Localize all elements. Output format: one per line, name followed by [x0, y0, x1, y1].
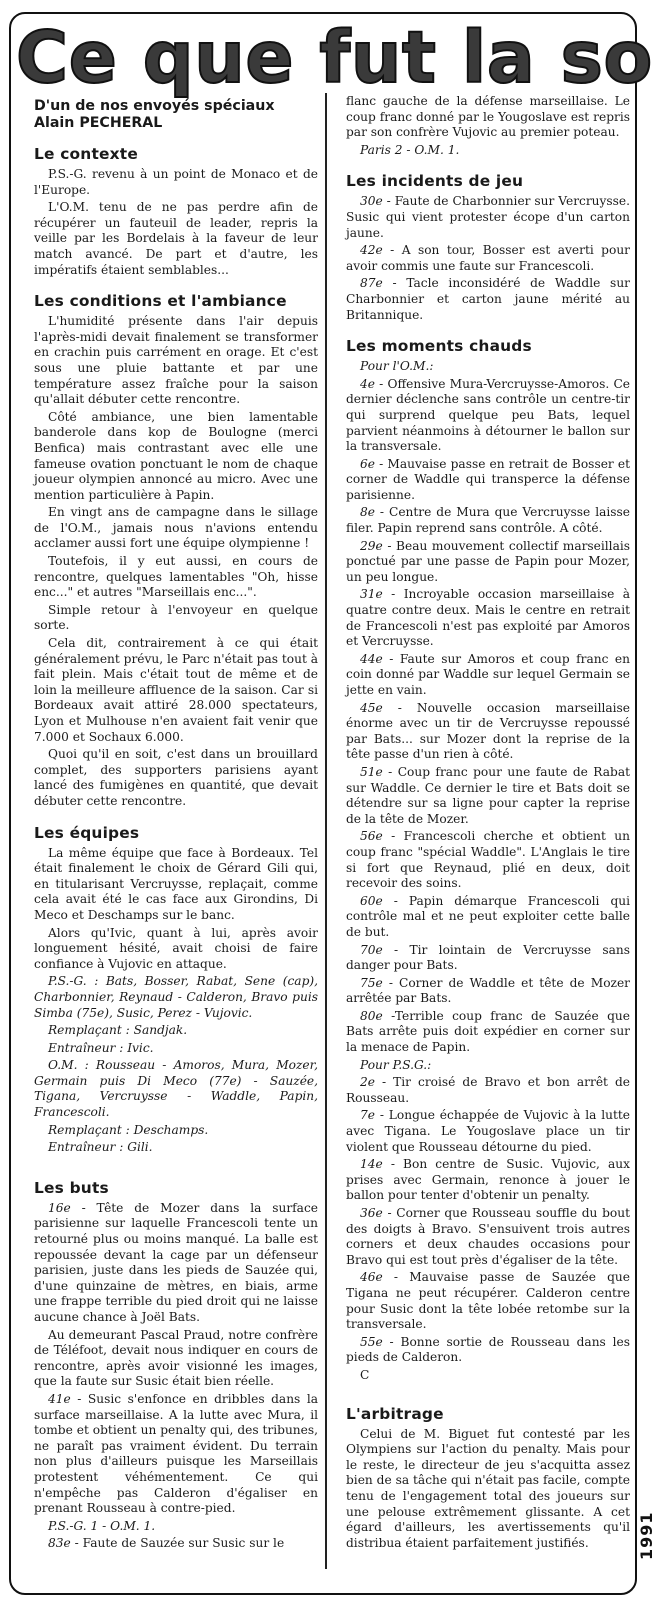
moment-item: 4e - Offensive Mura-Vercruysse-Amoros. C… — [346, 377, 630, 455]
section-heading: Les incidents de jeu — [346, 171, 630, 191]
section-conditions: Les conditions et l'ambiance L'humidité … — [34, 291, 318, 809]
paragraph: Au demeurant Pascal Praud, notre confrèr… — [34, 1328, 318, 1390]
paragraph: Celui de M. Biguet fut contesté par les … — [346, 1427, 630, 1552]
minute-label: 51e — [360, 765, 383, 779]
minute-label: 8e — [360, 505, 375, 519]
minute-label: 60e — [360, 894, 383, 908]
section-heading: Les conditions et l'ambiance — [34, 291, 318, 311]
paragraph: Côté ambiance, une bien lamentable bande… — [34, 410, 318, 504]
score-line: P.S.-G. 1 - O.M. 1. — [34, 1519, 318, 1535]
left-column: D'un de nos envoyés spéciaux Alain PECHE… — [34, 96, 318, 1554]
section-incidents: Les incidents de jeu 30e - Faute de Char… — [346, 171, 630, 323]
incident-text: - Tacle inconsidéré de Waddle sur Charbo… — [346, 276, 630, 321]
moment-text: - Corner que Rousseau souffle du bout de… — [346, 1206, 630, 1267]
moment-text: - Incroyable occasion marseillaise à qua… — [346, 587, 630, 648]
score-line: Paris 2 - O.M. 1. — [346, 143, 630, 159]
byline-author: Alain PECHERAL — [34, 115, 318, 132]
goal-text: - Tête de Mozer dans la surface parisien… — [34, 1201, 318, 1324]
incident-item: 87e - Tacle inconsidéré de Waddle sur Ch… — [346, 276, 630, 323]
byline-role: D'un de nos envoyés spéciaux — [34, 98, 318, 115]
lineup-psg-coach: Entraîneur : Ivic. — [34, 1041, 318, 1057]
minute-label: 2e — [360, 1075, 375, 1089]
minute-label: 31e — [360, 587, 383, 601]
goal-text: - Faute de Sauzée sur Susic sur le — [71, 1536, 284, 1550]
minute-label: 45e — [360, 701, 383, 715]
section-arbitrage: L'arbitrage Celui de M. Biguet fut conte… — [346, 1404, 630, 1552]
goal-item: 16e - Tête de Mozer dans la surface pari… — [34, 1201, 318, 1326]
minute-label: 55e — [360, 1335, 383, 1349]
moment-text: - Papin démarque Francescoli qui contrôl… — [346, 894, 630, 939]
moment-item: 60e - Papin démarque Francescoli qui con… — [346, 894, 630, 941]
paragraph: Toutefois, il y eut aussi, en cours de r… — [34, 554, 318, 601]
section-heading: Le contexte — [34, 144, 318, 164]
minute-label: 14e — [360, 1157, 383, 1171]
lineup-om-coach: Entraîneur : Gili. — [34, 1140, 318, 1156]
minute-label: 70e — [360, 943, 383, 957]
section-equipes: Les équipes La même équipe que face à Bo… — [34, 823, 318, 1156]
section-contexte: Le contexte P.S.-G. revenu à un point de… — [34, 144, 318, 278]
moment-item: 75e - Corner de Waddle et tête de Mozer … — [346, 976, 630, 1007]
minute-label: 29e — [360, 539, 383, 553]
team-label-om: Pour l'O.M.: — [346, 359, 630, 375]
moment-item: 2e - Tir croisé de Bravo et bon arrêt de… — [346, 1075, 630, 1106]
moment-text: - Tir croisé de Bravo et bon arrêt de Ro… — [346, 1075, 630, 1105]
page-edge-year-mark: 1991 — [637, 1511, 656, 1560]
minute-label: 75e — [360, 976, 383, 990]
moment-item: 70e - Tir lointain de Vercruysse sans da… — [346, 943, 630, 974]
psg-moments-list: 2e - Tir croisé de Bravo et bon arrêt de… — [346, 1075, 630, 1366]
incident-text: - A son tour, Bosser est averti pour avo… — [346, 243, 630, 273]
minute-label: 56e — [360, 829, 383, 843]
moment-text: - Offensive Mura-Vercruysse-Amoros. Ce d… — [346, 377, 630, 453]
goal-continuation: flanc gauche de la défense marseillaise.… — [346, 94, 630, 141]
moment-item: 6e - Mauvaise passe en retrait de Bosser… — [346, 457, 630, 504]
moment-item: 80e -Terrible coup franc de Sauzée que B… — [346, 1009, 630, 1056]
moment-text: - Nouvelle occasion marseillaise énorme … — [346, 701, 630, 762]
minute-label: 80e — [360, 1009, 383, 1023]
section-heading: Les équipes — [34, 823, 318, 843]
team-label-psg: Pour P.S.G.: — [346, 1058, 630, 1074]
moment-item: 56e - Francescoli cherche et obtient un … — [346, 829, 630, 891]
moment-item: 44e - Faute sur Amoros et coup franc en … — [346, 652, 630, 699]
incident-item: 42e - A son tour, Bosser est averti pour… — [346, 243, 630, 274]
moment-item: 31e - Incroyable occasion marseillaise à… — [346, 587, 630, 649]
minute-label: 46e — [360, 1270, 383, 1284]
minute-label: 44e — [360, 652, 383, 666]
paragraph: Simple retour à l'envoyeur en quelque so… — [34, 603, 318, 634]
paragraph: L'humidité présente dans l'air depuis l'… — [34, 314, 318, 408]
goal-text: - Susic s'enfonce en dribbles dans la su… — [34, 1392, 318, 1515]
section-heading: L'arbitrage — [346, 1404, 630, 1424]
paragraph: La même équipe que face à Bordeaux. Tel … — [34, 846, 318, 924]
lineup-om-sub: Remplaçant : Deschamps. — [34, 1123, 318, 1139]
moment-item: 36e - Corner que Rousseau souffle du bou… — [346, 1206, 630, 1268]
minute-label: 6e — [360, 457, 375, 471]
moment-item: 14e - Bon centre de Susic. Vujovic, aux … — [346, 1157, 630, 1204]
moment-text: - Mauvaise passe de Sauzée que Tigana ne… — [346, 1270, 630, 1331]
moment-item: 8e - Centre de Mura que Vercruysse laiss… — [346, 505, 630, 536]
moment-text: - Corner de Waddle et tête de Mozer arrê… — [346, 976, 630, 1006]
moment-item: 51e - Coup franc pour une faute de Rabat… — [346, 765, 630, 827]
paragraph: L'O.M. tenu de ne pas perdre afin de réc… — [34, 200, 318, 278]
incident-text: - Faute de Charbonnier sur Vercruysse. S… — [346, 194, 630, 239]
minute-label: 87e — [360, 276, 383, 290]
minute-label: 83e — [48, 1536, 71, 1550]
moment-text: - Centre de Mura que Vercruysse laisse f… — [346, 505, 630, 535]
paragraph: En vingt ans de campagne dans le sillage… — [34, 505, 318, 552]
minute-label: 4e — [360, 377, 375, 391]
om-moments-list: 4e - Offensive Mura-Vercruysse-Amoros. C… — [346, 377, 630, 1056]
section-heading: Les buts — [34, 1178, 318, 1198]
goal-item: 41e - Susic s'enfonce en dribbles dans l… — [34, 1392, 318, 1517]
moment-text: - Tir lointain de Vercruysse sans danger… — [346, 943, 630, 973]
moment-text: - Mauvaise passe en retrait de Bosser et… — [346, 457, 630, 502]
section-moments: Les moments chauds Pour l'O.M.: 4e - Off… — [346, 336, 630, 1383]
moment-text: - Bon centre de Susic. Vujovic, aux pris… — [346, 1157, 630, 1202]
moment-item: 45e - Nouvelle occasion marseillaise éno… — [346, 701, 630, 763]
minute-label: 16e — [48, 1201, 71, 1215]
minute-label: 42e — [360, 243, 383, 257]
minute-label: 7e — [360, 1108, 375, 1122]
incident-item: 30e - Faute de Charbonnier sur Vercruyss… — [346, 194, 630, 241]
moment-text: - Francescoli cherche et obtient un coup… — [346, 829, 630, 890]
section-heading: Les moments chauds — [346, 336, 630, 356]
section-buts: Les buts 16e - Tête de Mozer dans la sur… — [34, 1178, 318, 1552]
moment-item: 29e - Beau mouvement collectif marseilla… — [346, 539, 630, 586]
paragraph: Cela dit, contrairement à ce qui était g… — [34, 636, 318, 745]
minute-label: 36e — [360, 1206, 383, 1220]
byline: D'un de nos envoyés spéciaux Alain PECHE… — [34, 98, 318, 131]
minute-label: 41e — [48, 1392, 71, 1406]
moment-text: - Coup franc pour une faute de Rabat sur… — [346, 765, 630, 826]
moment-item: 55e - Bonne sortie de Rousseau dans les … — [346, 1335, 630, 1366]
paragraph: P.S.-G. revenu à un point de Monaco et d… — [34, 167, 318, 198]
moment-text: -Terrible coup franc de Sauzée que Bats … — [346, 1009, 630, 1054]
trailing-mark: C — [346, 1368, 630, 1384]
moment-text: - Beau mouvement collectif marseillais p… — [346, 539, 630, 584]
lineup-psg-sub: Remplaçant : Sandjak. — [34, 1023, 318, 1039]
lineup-om: O.M. : Rousseau - Amoros, Mura, Mozer, G… — [34, 1058, 318, 1120]
minute-label: 30e — [360, 194, 383, 208]
paragraph: Quoi qu'il en soit, c'est dans un brouil… — [34, 747, 318, 809]
moment-text: - Bonne sortie de Rousseau dans les pied… — [346, 1335, 630, 1365]
moment-item: 46e - Mauvaise passe de Sauzée que Tigan… — [346, 1270, 630, 1332]
goal-item: 83e - Faute de Sauzée sur Susic sur le — [34, 1536, 318, 1552]
moment-item: 7e - Longue échappée de Vujovic à la lut… — [346, 1108, 630, 1155]
moment-text: - Longue échappée de Vujovic à la lutte … — [346, 1108, 630, 1153]
lineup-psg: P.S.-G. : Bats, Bosser, Rabat, Sene (cap… — [34, 974, 318, 1021]
paragraph: Alors qu'Ivic, quant à lui, après avoir … — [34, 926, 318, 973]
headline: Ce que fut la soirée — [16, 16, 636, 100]
column-divider — [325, 93, 327, 1569]
right-column: flanc gauche de la défense marseillaise.… — [346, 94, 630, 1553]
moment-text: - Faute sur Amoros et coup franc en coin… — [346, 652, 630, 697]
